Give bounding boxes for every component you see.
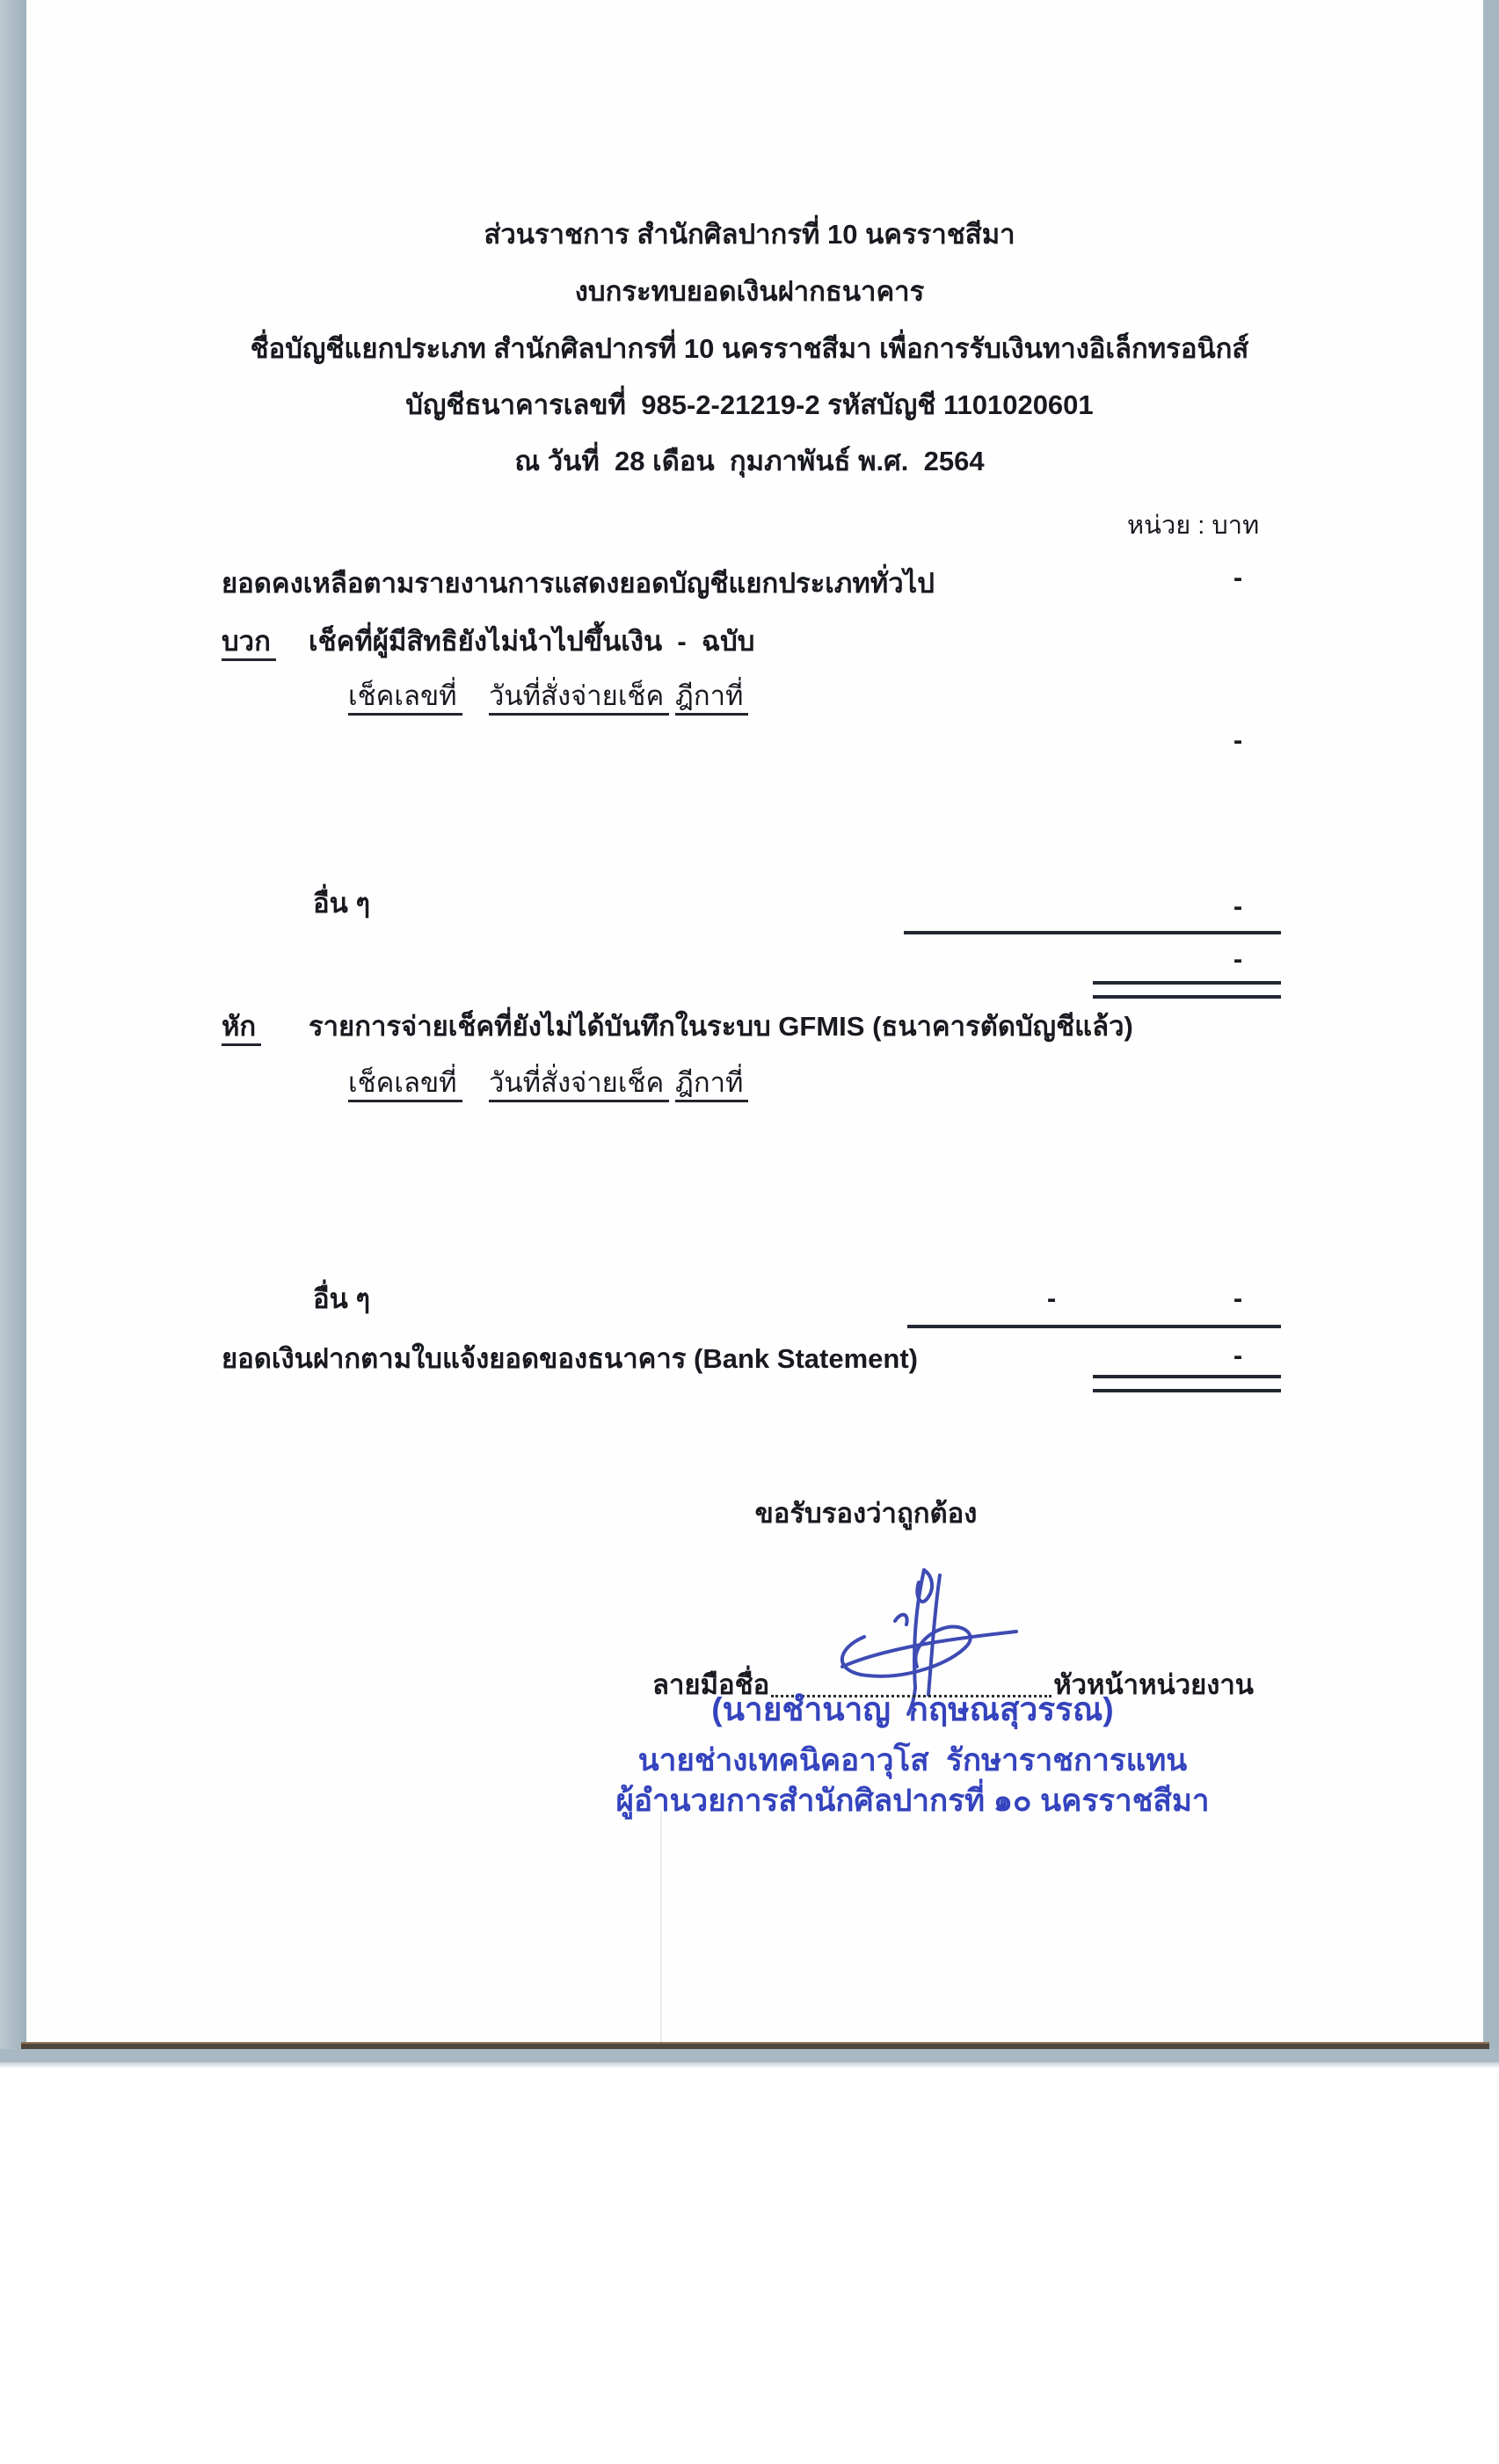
agency-line: ส่วนราชการ สำนักศิลปากรที่ 10 นครราชสีมา [0,217,1499,252]
certification-text: ขอรับรองว่าถูกต้อง [755,1496,978,1531]
unit-label: หน่วย : บาท [1127,508,1259,543]
bank-statement-value: - [1225,1338,1251,1373]
document-title: งบกระทบยอดเงินฝากธนาคาร [0,274,1499,309]
scanned-document-page: ส่วนราชการ สำนักศิลปากรที่ 10 นครราชสีมา… [0,0,1499,2464]
deduct-col-check-no: เช็คเลขที่ [348,1067,462,1102]
double-rule-bank [1093,1375,1281,1392]
add-col-voucher-no: ฎีกาที่ [675,680,748,716]
signer-name: (นายชำนาญ กฤษณสุวรรณ) [711,1690,1113,1730]
bank-statement-label: ยอดเงินฝากตามใบแจ้งยอดของธนาคาร (Bank St… [222,1341,918,1377]
deduct-others-label: อื่น ๆ [313,1282,370,1317]
add-total-value: - [1225,723,1251,758]
gl-balance-value: - [1225,560,1251,595]
single-rule-add [904,931,1281,934]
add-description: เช็คที่ผู้มีสิทธิยังไม่นำไปขึ้นเงิน - ฉบ… [309,624,754,659]
gl-balance-label: ยอดคงเหลือตามรายงานการแสดงยอดบัญชีแยกประ… [222,566,935,601]
deduct-keyword: หัก [222,1011,261,1046]
signer-title-line2: ผู้อำนวยการสำนักศิลปากรที่ ๑๐ นครราชสีมา [615,1781,1209,1821]
signer-title-line1: นายช่างเทคนิคอาวุโส รักษาราชการแทน [638,1741,1187,1781]
paper-bottom-edge [21,2042,1489,2049]
scan-bottom-fade [0,2062,1499,2068]
as-of-date-line: ณ วันที่ 28 เดือน กุมภาพันธ์ พ.ศ. 2564 [0,444,1499,479]
add-keyword: บวก [222,626,276,661]
deduct-col-voucher-no: ฎีกาที่ [675,1067,748,1102]
add-others-label: อื่น ๆ [313,886,370,921]
add-col-check-no: เช็คเลขที่ [348,680,462,716]
deduct-col-check-date: วันที่สั่งจ่ายเช็ค [489,1067,669,1102]
paper-crease [660,1811,662,2043]
add-subtotal-value: - [1225,941,1251,977]
add-col-check-date: วันที่สั่งจ่ายเช็ค [489,680,669,716]
ledger-account-line: ชื่อบัญชีแยกประเภท สำนักศิลปากรที่ 10 นค… [0,331,1499,367]
deduct-others-value-right: - [1225,1281,1251,1316]
single-rule-deduct [907,1325,1281,1328]
double-rule-add [1093,981,1281,999]
scan-edge-bottom [0,2049,1499,2062]
deduct-description: รายการจ่ายเช็คที่ยังไม่ได้บันทึกในระบบ G… [309,1009,1133,1044]
deduct-others-value-mid: - [1038,1281,1065,1316]
add-others-value: - [1225,889,1251,924]
bank-account-line: บัญชีธนาคารเลขที่ 985-2-21219-2 รหัสบัญช… [0,388,1499,423]
